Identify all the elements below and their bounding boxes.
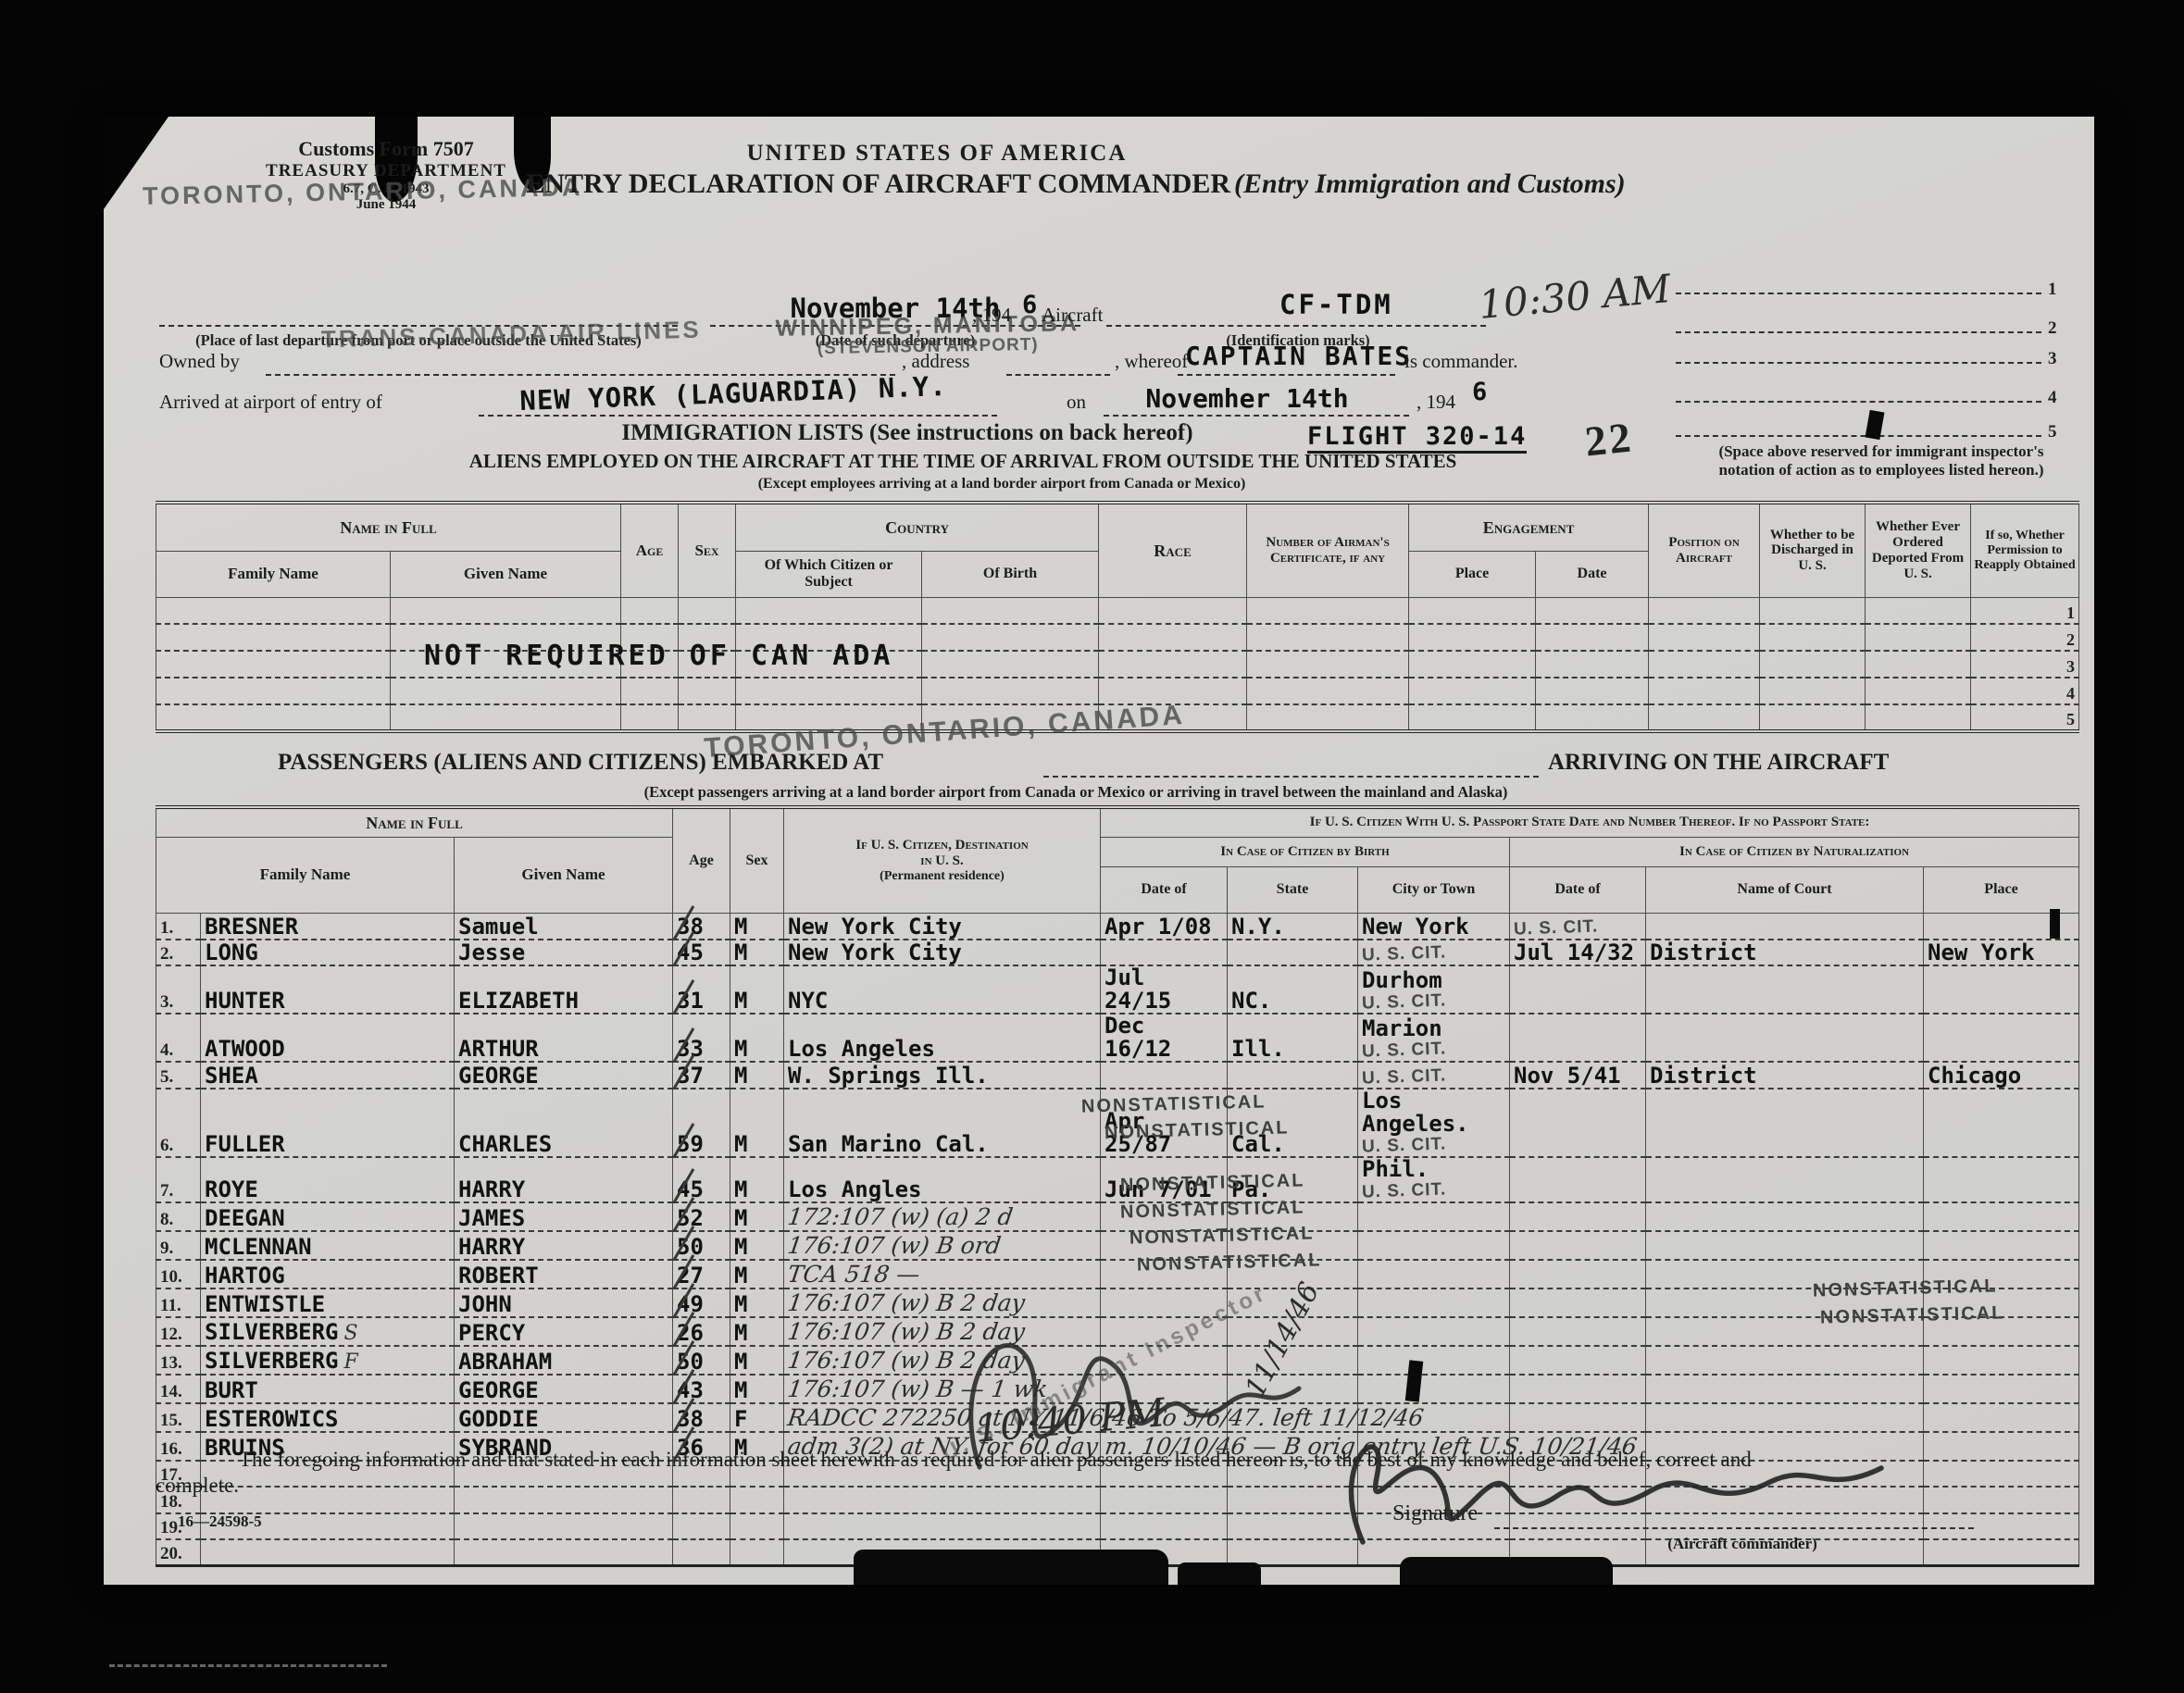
passenger-row: 4.ATWOODARTHUR33MLos AngelesDec 16/12Ill… [156,1014,2079,1062]
cell-family-name: SILVERBERGF [201,1346,455,1375]
employee-row-number: 4 [1971,678,2079,704]
employee-cell [1649,624,1760,651]
sex: M [734,1320,747,1346]
sex: F [734,1406,747,1432]
sex: M [734,1377,747,1403]
family-name: ROYE [205,1176,258,1202]
employee-cell [1099,624,1247,651]
cell-nat-place [1924,1346,2079,1375]
destination: Los Angeles [788,1036,935,1062]
employee-cell [1536,678,1649,704]
given-name: ABRAHAM [458,1349,552,1375]
cell-birth-city: Phil.U. S. CIT. [1358,1157,1510,1202]
sex: M [734,1036,747,1062]
handwritten-entry: TCA 518 — [786,1261,922,1288]
h2-age: Age [673,807,730,913]
employees-table: Name in Full Age Sex Country Race Number… [156,501,2079,733]
destination: Los Angles [788,1176,922,1202]
cell-given-name: ROBERT [455,1260,673,1288]
cell-birth-city [1358,1231,1510,1260]
employee-cell [621,597,679,624]
passengers-exception-note: (Except passengers arriving at a land bo… [372,783,1779,802]
cell-given-name: GEORGE [455,1062,673,1089]
us-cit-stamp: U. S. CIT. [1362,1065,1447,1089]
us-cit-stamp: U. S. CIT. [1362,990,1447,1014]
cell-nat-date [1510,1014,1646,1062]
h-eng-date: Date [1536,551,1649,597]
cell-nat-place [1924,1375,2079,1403]
passenger-row: 1.BRESNERSamuel38MNew York CityApr 1/08N… [156,913,2079,940]
nonstatistical-stamp: NONSTATISTICAL [1120,1197,1305,1223]
destination: NYC [788,988,828,1014]
cell-destination: W. Springs Ill. [784,1062,1101,1089]
employee-cell [1536,597,1649,624]
cell-birth-city: New York [1358,913,1510,940]
given-name: JOHN [458,1291,512,1317]
photo-edge-blot [854,1550,1168,1585]
owned-by-label: Owned by [159,350,240,373]
family-name: DEEGAN [205,1205,285,1231]
employee-cell [1866,678,1971,704]
cell-family-name: ENTWISTLE [201,1288,455,1317]
destination: San Marino Cal. [788,1131,989,1157]
h2-b-state: State [1228,866,1358,913]
family-name: ATWOOD [205,1036,285,1062]
cell-birth-city [1358,1202,1510,1231]
cell-given-name [455,1513,673,1540]
employee-cell [156,678,391,704]
cell-sex: M [730,1346,784,1375]
cell-given-name: HARRY [455,1231,673,1260]
margin-line [1676,401,2041,403]
h2-destination: If U. S. Citizen, Destination in U. S. (… [784,807,1101,913]
commander-line [1178,374,1395,376]
cell-destination: TCA 518 — [784,1260,1101,1288]
arrived-date-line [1104,415,1409,417]
birth-city: Marion [1362,1015,1442,1041]
cell-nat-place [1924,1157,2079,1202]
employee-cell [1409,704,1536,731]
cell-nat-place [1924,965,2079,1014]
margin-line-number: 3 [2048,349,2057,369]
family-name: SHEA [205,1063,258,1089]
year-digit-2: 6 [1472,378,1487,406]
h-sex: Sex [679,503,736,597]
birth-date: Dec 16/12 [1104,1013,1171,1062]
cell-nat-court [1646,965,1924,1014]
employee-cell [922,624,1099,651]
cell-sex: M [730,1062,784,1089]
cell-sex: M [730,1157,784,1202]
cell-row-number: 11. [156,1288,201,1317]
year-digit: 6 [1022,291,1037,319]
cell-nat-place [1924,1089,2079,1157]
birth-state: Ill. [1231,1036,1285,1062]
cell-nat-place [1924,1403,2079,1432]
cell-nat-date: Jul 14/32 [1510,940,1646,966]
employee-cell [621,704,679,731]
margin-line-number: 1 [2048,280,2057,300]
cell-sex: M [730,1231,784,1260]
employee-cell [736,597,922,624]
passenger-row: 9.MCLENNANHARRY50M176:107 (w) B ord [156,1231,2079,1260]
cell-sex [730,1539,784,1566]
h2-name-in-full: Name in Full [156,807,673,837]
sex: M [734,1234,747,1260]
employee-cell [1536,624,1649,651]
aliens-employed-title: ALIENS EMPLOYED ON THE AIRCRAFT AT THE T… [176,450,1750,473]
whereof-label: , whereof [1115,350,1188,373]
cell-nat-date [1510,1231,1646,1260]
cell-birth-date [1101,1513,1228,1540]
cell-birth-state [1228,940,1358,966]
cell-family-name: BURT [201,1375,455,1403]
us-cit-stamp: U. S. CIT. [1362,1039,1447,1062]
customs-form-7507: Customs Form 7507 TREASURY DEPARTMENT 6.… [104,117,2094,1585]
birth-city: Durhom [1362,967,1442,993]
cell-birth-city [1358,1375,1510,1403]
cell-family-name: ATWOOD [201,1014,455,1062]
court-name: District [1650,1063,1757,1089]
cell-given-name: ABRAHAM [455,1346,673,1375]
cell-sex: F [730,1403,784,1432]
naturalization-date: Jul 14/32 [1514,940,1634,965]
cell-given-name: JOHN [455,1288,673,1317]
employee-row-number: 5 [1971,704,2079,731]
employee-cell [156,704,391,731]
court-name: District [1650,940,1757,965]
h2-nat-group: In Case of Citizen by Naturalization [1510,837,2079,866]
family-name: FULLER [205,1131,285,1157]
h-position: Position on Aircraft [1649,503,1760,597]
family-name: HUNTER [205,988,285,1014]
h2-n-court: Name of Court [1646,866,1924,913]
cell-given-name: GODDIE [455,1403,673,1432]
cell-nat-date [1510,1288,1646,1317]
employee-cell [1409,597,1536,624]
aircraft-value: CF-TDM [1279,289,1393,320]
family-name: ESTEROWICS [205,1406,339,1432]
margin-line-number: 5 [2048,422,2057,442]
given-name: PERCY [458,1320,525,1346]
cell-family-name: HARTOG [201,1260,455,1288]
employee-cell [736,678,922,704]
cell-family-name: SHEA [201,1062,455,1089]
given-name: HARRY [458,1234,525,1260]
cell-family-name: ROYE [201,1157,455,1202]
is-commander-label: is commander. [1404,350,1517,373]
nonstatistical-stamp: NONSTATISTICAL [1137,1250,1322,1276]
employee-cell [1866,624,1971,651]
passenger-row: 2.LONGJesse45MNew York CityU. S. CIT.Jul… [156,940,2079,966]
naturalization-place: New York [1928,940,2035,965]
birth-state: NC. [1231,988,1271,1014]
us-cit-stamp: U. S. CIT. [1362,942,1447,965]
arrived-label: Arrived at airport of entry of [159,391,382,414]
employee-cell [1247,597,1409,624]
cell-sex [730,1513,784,1540]
us-cit-stamp: U. S. CIT. [1362,1179,1447,1202]
h2-birth-group: In Case of Citizen by Birth [1101,837,1510,866]
embarked-line [1043,776,1539,778]
cell-row-number: 2. [156,940,201,966]
employee-cell [1649,678,1760,704]
cell-given-name: ARTHUR [455,1014,673,1062]
given-name: ARTHUR [458,1036,539,1062]
cell-age [673,1513,730,1540]
cell-row-number: 14. [156,1375,201,1403]
cell-nat-date: U. S. CIT. [1510,913,1646,940]
cell-sex: M [730,1288,784,1317]
sex: M [734,1263,747,1288]
cell-destination: New York City [784,913,1101,940]
h2-b-date: Date of [1101,866,1228,913]
h-engagement: Engagement [1409,503,1649,551]
photo-edge-blot [1178,1562,1261,1585]
arrival-time-handwriting: 10:30 AM [1477,266,1672,328]
cell-given-name: Jesse [455,940,673,966]
sex: M [734,1131,747,1157]
employee-cell [156,651,391,678]
cell-nat-place: Chicago [1924,1062,2079,1089]
cell-destination: Los Angeles [784,1014,1101,1062]
cell-birth-city [1358,1346,1510,1375]
h-reapply: If so, Whether Permission to Reapply Obt… [1971,503,2079,597]
cell-family-name: FULLER [201,1089,455,1157]
cell-nat-court [1646,1375,1924,1403]
sex: M [734,1063,747,1089]
cell-given-name [455,1539,673,1566]
cell-sex: M [730,1375,784,1403]
employee-row: 4 [156,678,2079,704]
form-title-main: ENTRY DECLARATION OF AIRCRAFT COMMANDER [526,168,1230,199]
cell-row-number: 1. [156,913,201,940]
family-name: SILVERBERG [205,1348,339,1374]
print-code: 16—24598-5 [178,1512,262,1531]
commander-signature-handwriting [1307,1403,1918,1551]
family-name: ENTWISTLE [205,1291,325,1317]
cell-given-name: JAMES [455,1202,673,1231]
cell-nat-place [1924,1014,2079,1062]
given-name: ROBERT [458,1263,539,1288]
handwritten-entry: 176:107 (w) B ord [786,1232,1003,1259]
employee-cell [679,704,736,731]
cell-birth-city: DurhomU. S. CIT. [1358,965,1510,1014]
family-name: SILVERBERG [205,1319,339,1345]
given-name: Samuel [458,914,539,940]
cell-birth-city: U. S. CIT. [1358,1062,1510,1089]
cell-row-number: 4. [156,1014,201,1062]
h2-given-name: Given Name [455,837,673,913]
cell-destination: Los Angles [784,1157,1101,1202]
cell-birth-city [1358,1260,1510,1288]
cell-age: 31 [673,965,730,1014]
cell-birth-city: Los Angeles.U. S. CIT. [1358,1089,1510,1157]
cell-nat-date [1510,1375,1646,1403]
employee-cell [391,704,621,731]
cell-nat-date [1510,1346,1646,1375]
employee-cell [1409,624,1536,651]
year-prefix-2: , 194 [1416,391,1455,414]
cell-nat-court [1646,1231,1924,1260]
margin-line [1676,362,2041,364]
cell-nat-court [1646,1157,1924,1202]
employee-cell [1649,597,1760,624]
birth-date: Jul 24/15 [1104,965,1171,1014]
arrived-date-value: Novemher 14th [1108,383,1386,414]
cell-row-number: 8. [156,1202,201,1231]
cell-destination [784,1513,1101,1540]
family-name: HARTOG [205,1263,285,1288]
cell-birth-city [1358,1317,1510,1346]
employee-cell [1760,597,1866,624]
cell-nat-court [1646,913,1924,940]
passenger-row: 5.SHEAGEORGE37MW. Springs Ill.U. S. CIT.… [156,1062,2079,1089]
birth-city: Los Angeles. [1362,1088,1469,1137]
cell-nat-place: New York [1924,940,2079,966]
cell-nat-court: District [1646,1062,1924,1089]
cell-sex: M [730,913,784,940]
cell-nat-place [1924,1487,2079,1513]
cell-sex: M [730,1317,784,1346]
aircraft-label: Aircraft [1042,304,1103,327]
employee-cell [156,597,391,624]
employee-cell [1760,651,1866,678]
sex: M [734,1176,747,1202]
nonstatistical-stamp: NONSTATISTICAL [1081,1091,1267,1117]
family-name: BRESNER [205,914,298,940]
ink-mark [2050,909,2060,939]
employee-cell [621,678,679,704]
margin-line [1676,293,2041,294]
cell-nat-court [1646,1014,1924,1062]
cell-given-name: GEORGE [455,1375,673,1403]
given-name: GEORGE [458,1063,539,1089]
employee-cell [1247,624,1409,651]
cell-nat-date [1510,965,1646,1014]
cell-family-name: LONG [201,940,455,966]
employee-cell [1409,678,1536,704]
cell-birth-date [1101,1062,1228,1089]
sex: M [734,1291,747,1317]
h2-n-date: Date of [1510,866,1646,913]
employee-row: 1 [156,597,2079,624]
cell-nat-date [1510,1157,1646,1202]
cell-given-name: HARRY [455,1157,673,1202]
birth-city: New York [1362,914,1469,940]
employee-cell [1536,704,1649,731]
cell-destination [784,1487,1101,1513]
employees-exception-note: (Except employees arriving at a land bor… [493,476,1511,492]
h-family-name: Family Name [156,551,391,597]
commander-value: CAPTAIN BATES [1185,341,1412,371]
cell-row-number: 15. [156,1403,201,1432]
family-name: BURT [205,1377,258,1403]
declaration-statement-2: complete. [156,1474,239,1498]
cell-given-name: Samuel [455,913,673,940]
employee-cell [391,678,621,704]
employee-cell [922,597,1099,624]
us-cit-stamp: U. S. CIT. [1362,1134,1447,1157]
immigration-lists-title: IMMIGRATION LISTS (See instructions on b… [491,420,1324,446]
h2-family-name: Family Name [156,837,455,913]
employee-cell [1649,704,1760,731]
employee-cell [1760,704,1866,731]
arriving-label: ARRIVING ON THE AIRCRAFT [1548,750,1889,776]
cell-birth-date: Dec 16/12 [1101,1014,1228,1062]
h-citizen-of: Of Which Citizen or Subject [736,551,922,597]
cell-birth-date [1101,940,1228,966]
employee-cell [679,597,736,624]
cell-family-name: SILVERBERGS [201,1317,455,1346]
nonstatistical-stamp: NONSTATISTICAL [1820,1302,2005,1328]
family-name: LONG [205,940,258,965]
employee-cell [679,678,736,704]
passenger-row: 8.DEEGANJAMES52M172:107 (w) (a) 2 d [156,1202,2079,1231]
employee-cell [1649,651,1760,678]
employee-cell [391,597,621,624]
family-name: MCLENNAN [205,1234,312,1260]
address-line [1006,374,1110,376]
cell-birth-city [1358,1288,1510,1317]
given-name: ELIZABETH [458,988,579,1014]
cell-family-name: MCLENNAN [201,1231,455,1260]
cell-row-number: 10. [156,1260,201,1288]
cell-birth-date: Apr 1/08 [1101,913,1228,940]
margin-line [1676,435,2041,437]
naturalization-date: Nov 5/41 [1514,1063,1621,1089]
cell-nat-date: Nov 5/41 [1510,1062,1646,1089]
cell-given-name: PERCY [455,1317,673,1346]
employee-cell [1866,651,1971,678]
h-eng-place: Place [1409,551,1536,597]
margin-line [1676,331,2041,333]
sex: M [734,1205,747,1231]
cell-family-name: ESTEROWICS [201,1403,455,1432]
us-cit-stamp: U. S. CIT. [1514,916,1599,940]
family-name-note: S [344,1322,358,1345]
cell-nat-court [1646,1089,1924,1157]
destination: W. Springs Ill. [788,1063,989,1089]
cell-family-name: HUNTER [201,965,455,1014]
birth-city: Phil. [1362,1156,1429,1182]
cell-row-number: 5. [156,1062,201,1089]
h2-b-city: City or Town [1358,866,1510,913]
cell-age [673,1487,730,1513]
sex: M [734,988,747,1014]
margin-line-number: 2 [2048,318,2057,339]
sex: M [734,1349,747,1375]
cell-nat-date [1510,1089,1646,1157]
scanned-photo-background: Customs Form 7507 TREASURY DEPARTMENT 6.… [0,0,2184,1693]
cell-nat-place [1924,1231,2079,1260]
cell-birth-state: N.Y. [1228,913,1358,940]
given-name: GODDIE [458,1406,539,1432]
employee-cell [1409,651,1536,678]
birth-state: N.Y. [1231,914,1285,940]
cell-sex: M [730,940,784,966]
employee-cell [922,678,1099,704]
cell-row-number: 20. [156,1539,201,1566]
cell-sex: M [730,965,784,1014]
passenger-row: 3.HUNTERELIZABETH31MNYCJul 24/15NC.Durho… [156,965,2079,1014]
photo-dashed-mark [109,1664,387,1667]
cell-birth-state [1228,1062,1358,1089]
cell-age: 33 [673,1014,730,1062]
cell-sex [730,1487,784,1513]
cell-family-name [201,1539,455,1566]
cell-row-number: 6. [156,1089,201,1157]
